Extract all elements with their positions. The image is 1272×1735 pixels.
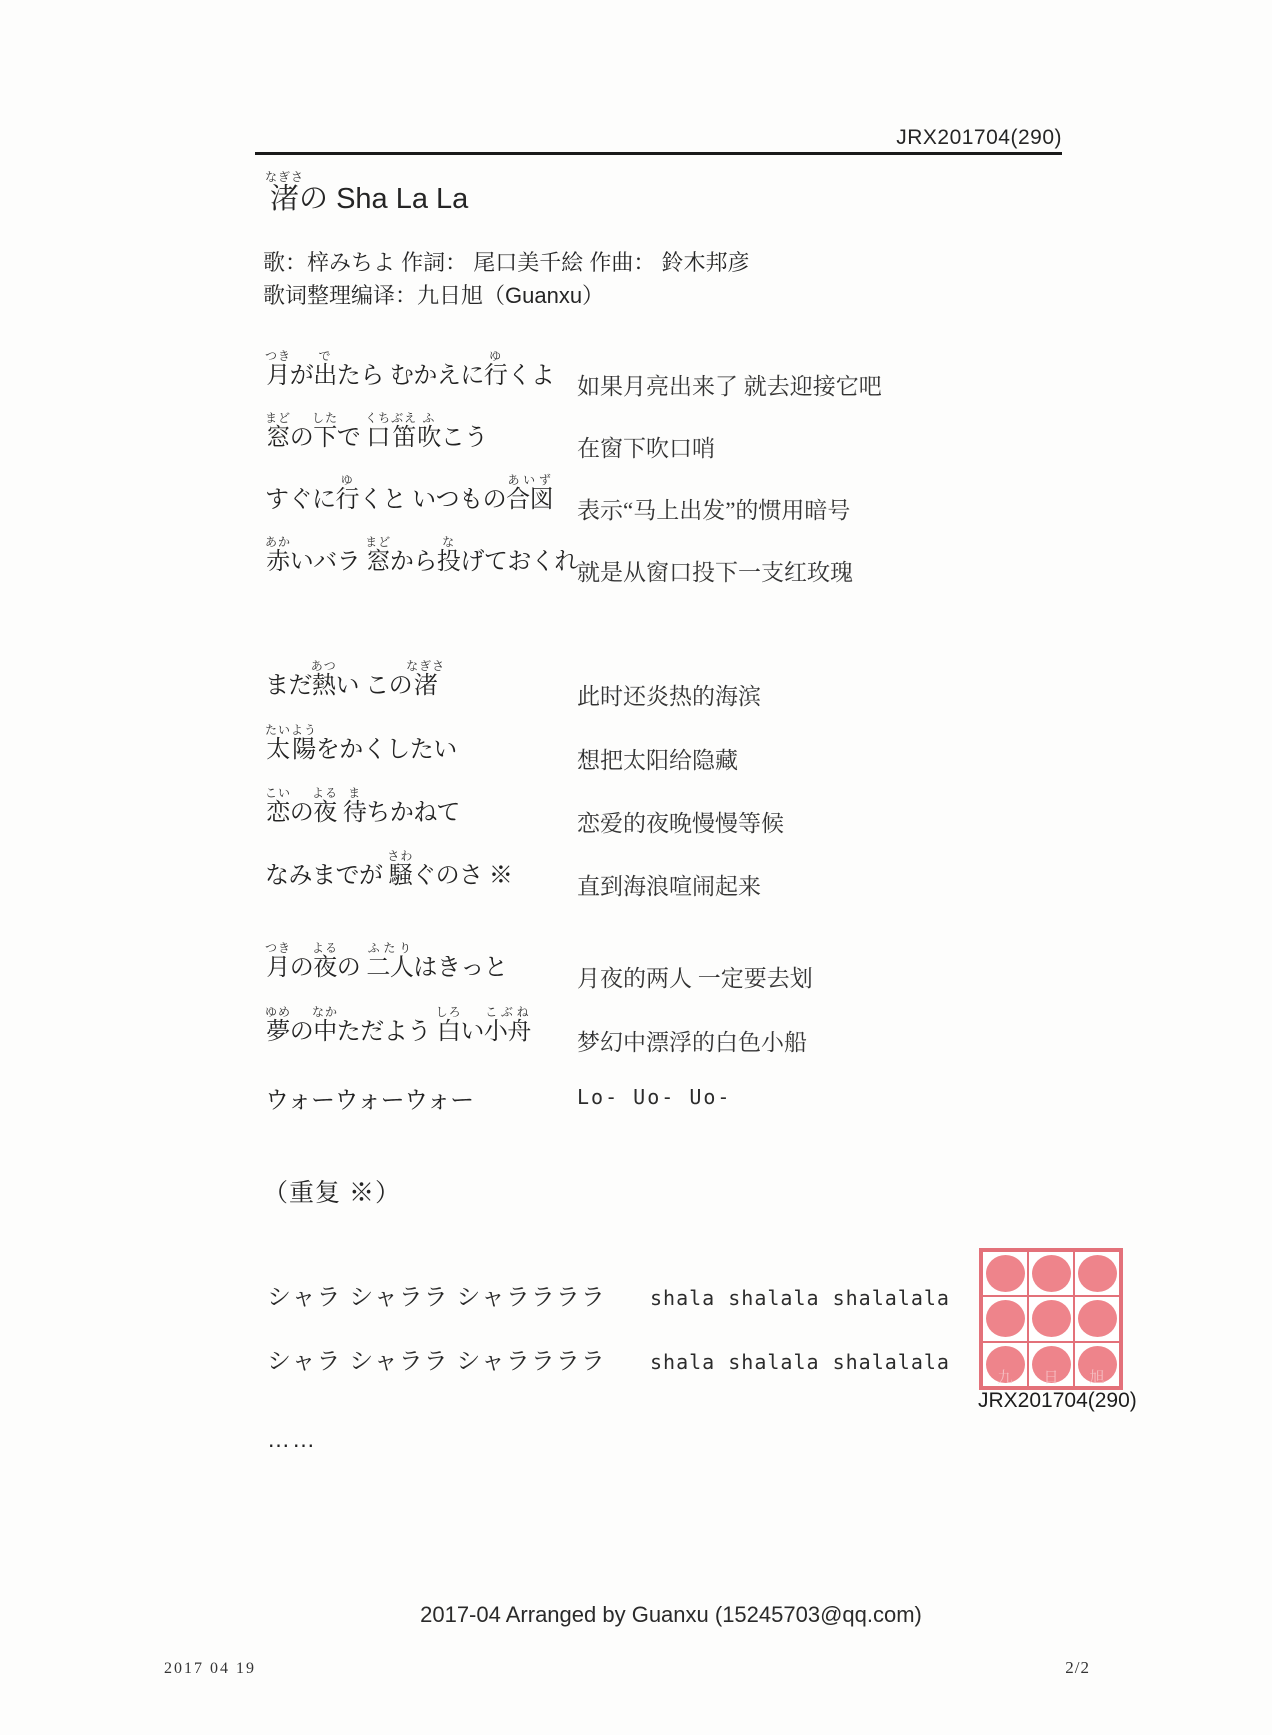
lyric-translation: 月夜的两人 一定要去划 [577,960,813,993]
stamp-cell [1074,1296,1120,1341]
footer-arranged-by: 2017-04 Arranged by Guanxu (15245703@qq.… [70,1602,1272,1628]
lyric-line: すぐに行ゆくと いつもの合図あいず表示“马上出发”的惯用暗号 [265,490,1095,522]
lyric-translation: 表示“马上出发”的惯用暗号 [577,492,850,525]
stamp-character: 九 [997,1366,1012,1387]
lyric-translation: 如果月亮出来了 就去迎接它吧 [577,368,882,401]
lyric-line: まだ熱あつい この渚なぎさ此时还炎热的海滨 [265,676,1095,708]
lyric-line: 月つきの夜よるの 二人ふたりはきっと月夜的两人 一定要去划 [265,958,1095,990]
lyric-line: 月つきが出でたら むかえに行ゆくよ如果月亮出来了 就去迎接它吧 [265,366,1095,398]
lyric-translation: 梦幻中漂浮的白色小船 [577,1024,807,1057]
lyric-line: 窓まどの下したで 口笛くちぶえ吹ふこう在窗下吹口哨 [265,428,1095,460]
lyrics-sheet-page: JRX201704(290) 渚なぎさの Sha La La 歌：梓みちよ 作詞… [0,0,1272,1735]
stamp-dot-icon [1032,1255,1071,1292]
shala-romaji: shala shalala shalalala [650,1286,950,1310]
lyric-japanese: 月つきが出でたら むかえに行ゆくよ [265,349,554,390]
lyric-japanese: なみまでが 騒さわぐのさ ※ [265,849,512,890]
stamp-cell [1028,1296,1074,1341]
lyric-translation: Lo- Uo- Uo- [577,1085,731,1109]
stamp-dot-icon [1032,1300,1071,1337]
stamp-cell [1028,1251,1074,1296]
lyric-line: なみまでが 騒さわぐのさ ※直到海浪喧闹起来 [265,866,1095,898]
shala-romaji: shala shalala shalalala [650,1350,950,1374]
lyric-japanese: 太陽たいようをかくしたい [265,723,457,764]
stamp-cell [1074,1251,1120,1296]
ellipsis: …… [267,1426,317,1453]
stamp-character: 旭 [1089,1366,1104,1387]
lyric-line: 恋こいの夜よる 待まちかねて恋爱的夜晚慢慢等候 [265,803,1095,835]
stamp-doc-code: JRX201704(290) [978,1389,1137,1413]
lyric-line: ウォーウォーウォーLo- Uo- Uo- [265,1080,1095,1112]
lyric-line: 太陽たいようをかくしたい想把太阳给隐藏 [265,740,1095,772]
lyric-translation: 就是从窗口投下一支红玫瑰 [577,554,853,587]
lyric-japanese: 夢ゆめの中なかただよう 白しろい小舟こぶね [265,1005,531,1046]
stamp-dot-icon [986,1255,1025,1292]
stamp-cell: 九 [982,1342,1028,1387]
shala-line: シャラ シャララ シャララララshala shalala shalalala [267,1341,950,1376]
lyric-japanese: 赤あかいバラ 窓まどから投なげておくれ [265,535,578,576]
footer-date: 2017 04 19 [164,1660,256,1678]
credits-editor: 歌词整理编译：九日旭（Guanxu） [263,279,604,310]
stamp-cell: 旭 [1074,1342,1120,1387]
lyric-japanese: 恋こいの夜よる 待まちかねて [265,786,460,827]
stamp-cell [982,1296,1028,1341]
header-rule [255,152,1062,155]
lyric-translation: 在窗下吹口哨 [577,430,715,463]
footer-page-number: 2/2 [1065,1658,1090,1678]
lyric-translation: 恋爱的夜晚慢慢等候 [577,805,784,838]
lyric-japanese: まだ熱あつい この渚なぎさ [265,659,445,700]
shala-line: シャラ シャララ シャララララshala shalala shalalala [267,1277,950,1312]
lyric-japanese: ウォーウォーウォー [265,1080,474,1115]
shala-japanese: シャラ シャララ シャララララ [267,1277,650,1312]
stamp-character: 日 [1043,1366,1058,1387]
seal-stamp: 九日旭 [979,1248,1123,1390]
repeat-note: （重复 ※） [263,1173,401,1209]
lyric-translation: 直到海浪喧闹起来 [577,868,761,901]
stamp-dot-icon [986,1300,1025,1337]
lyric-translation: 想把太阳给隐藏 [577,742,738,775]
lyric-japanese: 月つきの夜よるの 二人ふたりはきっと [265,941,507,982]
credits-performers: 歌：梓みちよ 作詞： 尾口美千絵 作曲： 鈴木邦彦 [263,246,749,277]
header-doc-code: JRX201704(290) [896,126,1062,150]
lyric-line: 赤あかいバラ 窓まどから投なげておくれ就是从窗口投下一支红玫瑰 [265,552,1095,584]
stamp-dot-icon [1078,1255,1117,1292]
stamp-cell [982,1251,1028,1296]
song-title: 渚なぎさの Sha La La [265,170,468,219]
lyric-japanese: すぐに行ゆくと いつもの合図あいず [265,473,553,514]
lyric-translation: 此时还炎热的海滨 [577,678,761,711]
lyric-japanese: 窓まどの下したで 口笛くちぶえ吹ふこう [265,411,488,452]
lyric-line: 夢ゆめの中なかただよう 白しろい小舟こぶね梦幻中漂浮的白色小船 [265,1022,1095,1054]
shala-japanese: シャラ シャララ シャララララ [267,1341,650,1376]
stamp-dot-icon [1078,1300,1117,1337]
stamp-cell: 日 [1028,1342,1074,1387]
